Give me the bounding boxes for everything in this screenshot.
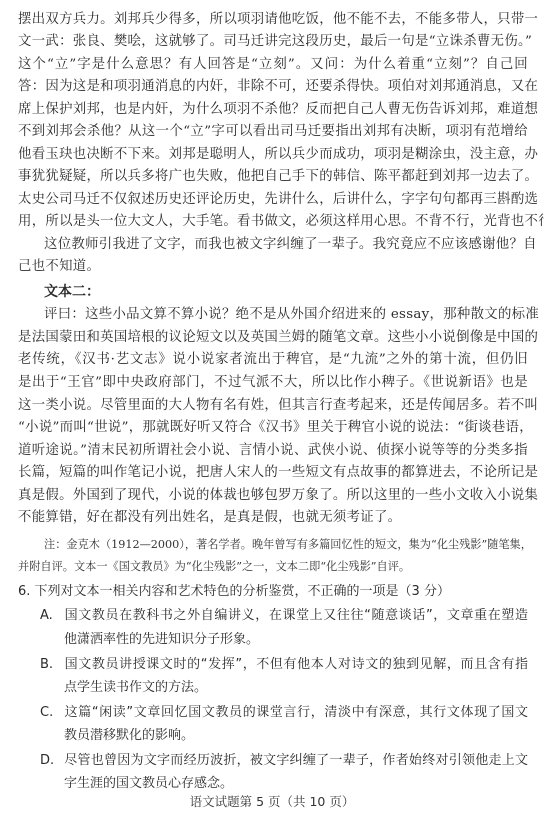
passage-line: 是法国蒙田和英国培根的议论短文以及英国兰姆的随笔文章。这些小小说倒像是中国的 [18, 329, 528, 347]
question-stem: 6. 下列对文本一相关内容和艺术特色的分析鉴赏，不正确的一项是（3 分） [18, 583, 450, 601]
option-c-continued: 教员潜移默化的影响。 [64, 727, 194, 745]
passage-line: 用，所以是头一位大文人，大手笔。看书做文，必须这样用心思。不背不行，光背也不行。 [18, 213, 528, 231]
option-d-continued: 字生涯的国文教员心存感念。 [64, 775, 233, 793]
option-label: A. [40, 607, 64, 625]
passage-line: 这一类小说。尽管里面的大人物有名有姓，但其言行查考起来，还是传闻居多。若不叫 [18, 397, 528, 415]
passage-line: 道听途说。”清末民初所谓社会小说、言情小说、武侠小说、侦探小说等等的分类多指 [18, 442, 528, 460]
passage-line: 他看玉玦也决断不下来。刘邦是聪明人，所以兵少而成功，项羽是糊涂虫，没主意，办 [18, 146, 528, 164]
option-a-continued: 他潇洒率性的先进知识分子形象。 [64, 631, 259, 649]
question-number: 6. [18, 584, 30, 599]
passage-line: “小说”而叫“世说”，那就既好听又符合《汉书》里关于稗官小说的说法：“街谈巷语， [18, 419, 528, 437]
passage-line: 己也不知道。 [18, 258, 528, 276]
option-label: D. [40, 752, 64, 770]
page-footer: 语文试题第 5 页（共 10 页） [0, 792, 544, 810]
passage-line: 太史公司马迁不仅叙述历史还评论历史，先讲什么，后讲什么，字字句句都再三斟酌选 [18, 191, 528, 209]
passage-line: 摆出双方兵力。刘邦兵少得多，所以项羽请他吃饭，他不能不去，不能多带人，只带一 [18, 11, 528, 29]
option-label: B. [40, 656, 64, 674]
passage-line: 这个“立”字是什么意思？有人回答是“立刻”。又问：为什么着重“立刻”？自己回 [18, 56, 528, 74]
note-line: 注：金克木（1912—2000），著名学者。晚年曾写有多篇回忆性的短文，集为“化… [44, 537, 528, 553]
passage-line: 文一武：张良、樊哙，这就够了。司马迁讲完这段历史，最后一句是“立诛杀曹无伤。” [18, 33, 528, 51]
passage-line: 席上保护刘邦，也是内奸，为什么项羽不杀他？反而把自己人曹无伤告诉刘邦，难道想 [18, 101, 528, 119]
option-text: 这篇“闲读”文章回忆国文教员的课堂言行，清淡中有深意，其行文体现了国文 [64, 705, 528, 720]
exam-page: 摆出双方兵力。刘邦兵少得多，所以项羽请他吃饭，他不能不去，不能多带人，只带一 文… [0, 0, 544, 828]
option-text: 尽管也曾因为文字而经历波折，被文字纠缠了一辈子，作者始终对引领他走上文 [64, 753, 528, 768]
option-text: 国文教员在教科书之外自编讲义，在课堂上又往往“随意谈话”，文章重在塑造 [64, 608, 528, 623]
option-label: C. [40, 704, 64, 722]
passage-line: 不能算错，好在都没有列出姓名，是真是假，也就无须考证了。 [18, 509, 528, 527]
question-text: 下列对文本一相关内容和艺术特色的分析鉴赏，不正确的一项是（3 分） [35, 584, 450, 599]
passage-line: 不到刘邦会杀他？从这一个“立”字可以看出司马迁要指出刘邦有决断，项羽有范增给 [18, 123, 528, 141]
passage-line: 老传统，《汉书·艺文志》说小说家者流出于稗官，是“九流”之外的第十流，但仍旧 [18, 351, 528, 369]
option-b-continued: 点学生读书作文的方法。 [64, 679, 207, 697]
passage-line: 评曰：这些小品文算不算小说？绝不是从外国介绍进来的 essay，那种散文的标准 [44, 306, 528, 324]
passage-line: 事犹犹疑疑，所以兵多将广也失败，他把自己手下的韩信、陈平都赶到刘邦一边去了。 [18, 168, 528, 186]
passage-line: 长篇，短篇的叫作笔记小说，把唐人宋人的一些短文有点故事的都算进去，不论所记是 [18, 464, 528, 482]
option-a[interactable]: A.国文教员在教科书之外自编讲义，在课堂上又往往“随意谈话”，文章重在塑造 [40, 607, 528, 625]
passage-line: 这位教师引我进了文字，而我也被文字纠缠了一辈子。我究竟应不应该感谢他？自 [44, 236, 528, 254]
passage-line: 答：因为这是和项羽通消息的内奸，非除不可，还要杀得快。项伯对刘邦通消息，又在 [18, 78, 528, 96]
option-c[interactable]: C.这篇“闲读”文章回忆国文教员的课堂言行，清淡中有深意，其行文体现了国文 [40, 704, 528, 722]
section-heading: 文本二： [44, 283, 100, 301]
note-line: 并附自评。文本一《国文教员》为“化尘残影”之一，文本二即“化尘残影”自评。 [18, 559, 528, 575]
passage-line: 真是假。外国到了现代，小说的体裁也够包罗万象了。所以这里的一些小文收入小说集 [18, 487, 528, 505]
option-d[interactable]: D.尽管也曾因为文字而经历波折，被文字纠缠了一辈子，作者始终对引领他走上文 [40, 752, 528, 770]
option-text: 国文教员讲授课文时的“发挥”，不但有他本人对诗文的独到见解，而且含有指 [64, 657, 528, 672]
option-b[interactable]: B.国文教员讲授课文时的“发挥”，不但有他本人对诗文的独到见解，而且含有指 [40, 656, 528, 674]
passage-line: 是出于“王官”即中央政府部门，不过气派不大，所以比作小稗子。《世说新语》也是 [18, 374, 528, 392]
